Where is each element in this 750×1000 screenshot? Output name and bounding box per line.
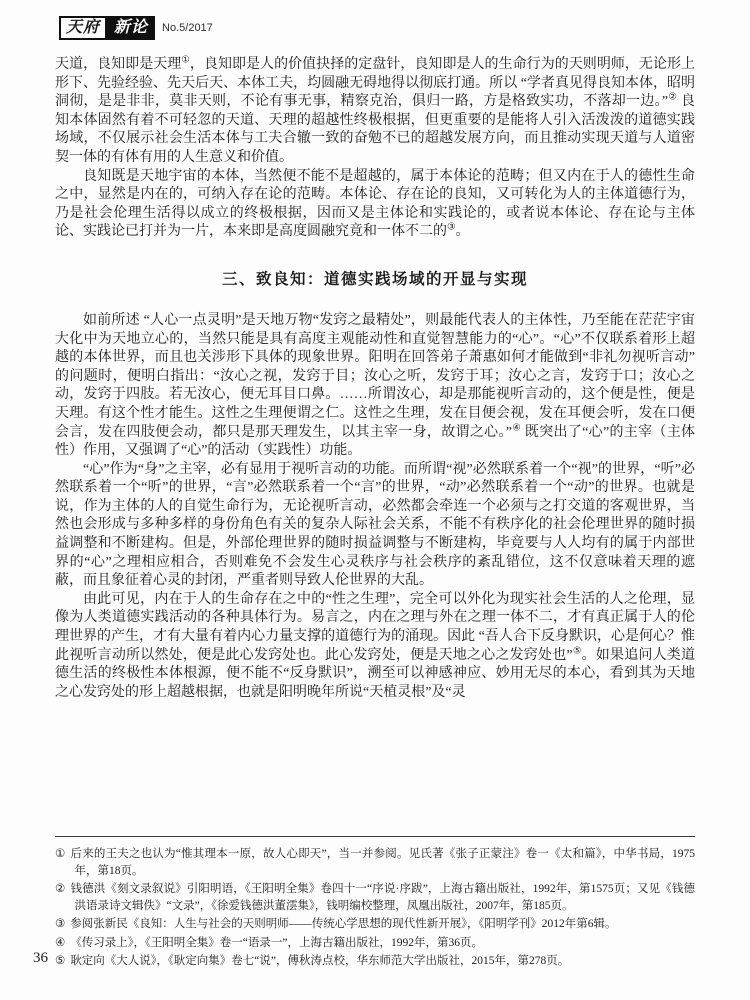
paragraph-3: 如前所述 “人心一点灵明”是天地万物“发窍之最精处”，则最能代表人的主体性，乃至… bbox=[55, 312, 695, 461]
footnote-3: ③参阅张新民《良知：人生与社会的天则明师——传统心学思想的现代性新开展》，《阳明… bbox=[55, 916, 695, 933]
issue-number: No.5/2017 bbox=[162, 22, 213, 34]
footnote-1-marker: ① bbox=[55, 848, 66, 860]
footnote-4: ④《传习录上》，《王阳明全集》卷一“语录一”，上海古籍出版社，1992年，第36… bbox=[55, 935, 695, 952]
section-heading: 三、致良知：道德实践场域的开显与实现 bbox=[55, 267, 695, 289]
footnote-4-marker: ④ bbox=[55, 937, 65, 949]
journal-logo-xinlun: 新论 bbox=[107, 16, 155, 40]
footnote-3-text: 参阅张新民《良知：人生与社会的天则明师——传统心学思想的现代性新开展》，《阳明学… bbox=[70, 918, 616, 930]
footnote-4-text: 《传习录上》，《王阳明全集》卷一“语录一”，上海古籍出版社，1992年，第36页… bbox=[70, 937, 483, 949]
paragraph-5: 由此可见，内在于人的生命存在之中的“性之生理”，完全可以外化为现实社会生活的人之… bbox=[55, 591, 695, 703]
footnote-3-marker: ③ bbox=[55, 918, 65, 930]
paragraph-1: 天道，良知即是天理①，良知即是人的价值抉择的定盘针，良知即是人的生命行为的天则明… bbox=[55, 56, 695, 168]
footnote-5: ⑤耿定向《大人说》，《耿定向集》卷七“说”，傅秋涛点校，华东师范大学出版社，20… bbox=[55, 953, 695, 970]
footnote-1: ①后来的王夫之也认为“惟其理本一原，故人心即天”，当一并参阅。见氏著《张子正蒙注… bbox=[55, 846, 695, 879]
footnote-5-marker: ⑤ bbox=[55, 955, 65, 967]
footnote-area: ①后来的王夫之也认为“惟其理本一原，故人心即天”，当一并参阅。见氏著《张子正蒙注… bbox=[55, 836, 695, 972]
footnote-5-text: 耿定向《大人说》，《耿定向集》卷七“说”，傅秋涛点校，华东师范大学出版社，201… bbox=[70, 955, 569, 967]
article-body: 天道，良知即是天理①，良知即是人的价值抉择的定盘针，良知即是人的生命行为的天则明… bbox=[55, 56, 695, 702]
journal-page: 天府 新论 No.5/2017 天道，良知即是天理①，良知即是人的价值抉择的定盘… bbox=[0, 0, 750, 1000]
footnote-1-text: 后来的王夫之也认为“惟其理本一原，故人心即天”，当一并参阅。见氏著《张子正蒙注》… bbox=[71, 848, 696, 877]
paragraph-4: “心”作为“身”之主宰，必有显用于视听言动的功能。而所谓“视”必然联系着一个“视… bbox=[55, 461, 695, 591]
footnote-2-marker: ② bbox=[55, 883, 65, 895]
footnote-2: ②钱德洪《刻文录叙说》引阳明语，《王阳明全集》卷四十一“序说·序跋”，上海古籍出… bbox=[55, 881, 695, 914]
paragraph-2: 良知既是天地宇宙的本体，当然便不能不是超越的，属于本体论的范畴；但又内在于人的德… bbox=[55, 168, 695, 242]
footnote-separator bbox=[55, 836, 695, 837]
page-number: 36 bbox=[33, 950, 48, 967]
journal-logo-tianfu: 天府 bbox=[59, 16, 107, 40]
page-header: 天府 新论 No.5/2017 bbox=[59, 14, 695, 42]
footnote-2-text: 钱德洪《刻文录叙说》引阳明语，《王阳明全集》卷四十一“序说·序跋”，上海古籍出版… bbox=[70, 883, 695, 912]
